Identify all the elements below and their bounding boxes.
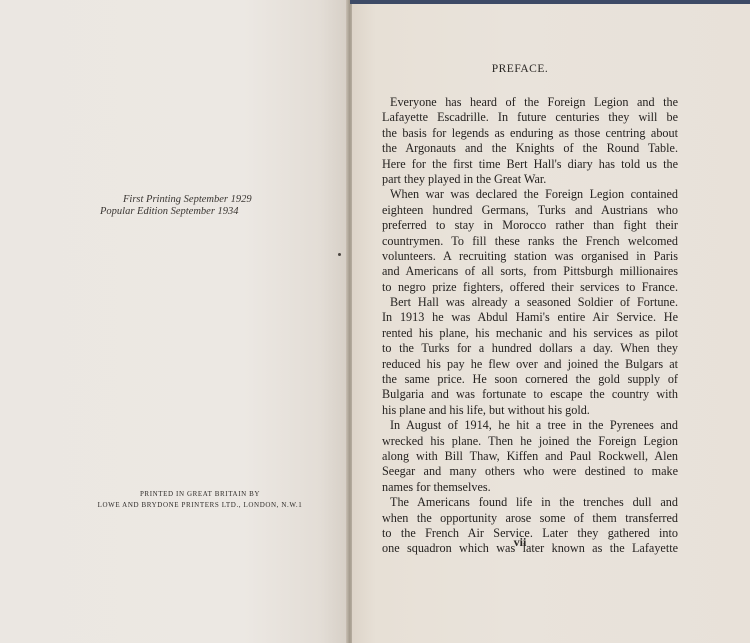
text-line: wrecked his plane. Then he joined the Fo… xyxy=(382,434,678,449)
text-line: reduced his pay he flew over and joined … xyxy=(382,357,678,372)
text-line: eighteen hundred Germans, Turks and Aust… xyxy=(382,203,678,218)
text-line: the same price. He soon cornered the gol… xyxy=(382,372,678,387)
ink-speck xyxy=(338,253,341,256)
preface-body: Everyone has heard of the Foreign Legion… xyxy=(382,95,678,557)
text-line: along with Bill Thaw, Kiffen and Paul Ro… xyxy=(382,449,678,464)
text-line: When war was declared the Foreign Legion… xyxy=(382,187,678,202)
text-line: The Americans found life in the trenches… xyxy=(382,495,678,510)
text-line: In August of 1914, he hit a tree in the … xyxy=(382,418,678,433)
text-line: to negro prize fighters, offered their s… xyxy=(382,280,678,295)
printer-imprint: PRINTED IN GREAT BRITAIN BY LOWE AND BRY… xyxy=(60,489,340,511)
book-spread: First Printing September 1929 Popular Ed… xyxy=(0,0,750,643)
text-line: countrymen. To fill these ranks the Fren… xyxy=(382,234,678,249)
text-line: to the Turks for a hundred dollars a day… xyxy=(382,341,678,356)
text-line: volunteers. A recruiting station was org… xyxy=(382,249,678,264)
text-line: Bulgaria and was fortunate to escape the… xyxy=(382,387,678,402)
text-line: names for themselves. xyxy=(382,480,678,495)
text-line: Here for the first time Bert Hall's diar… xyxy=(382,157,678,172)
text-line: Lafayette Escadrille. In future centurie… xyxy=(382,110,678,125)
text-line: In 1913 he was Abdul Hami's entire Air S… xyxy=(382,310,678,325)
show-through-text xyxy=(80,22,280,40)
page-title: PREFACE. xyxy=(370,63,670,75)
text-line: part they played in the Great War. xyxy=(382,172,678,187)
left-page: First Printing September 1929 Popular Ed… xyxy=(0,0,348,643)
printing-line-2: Popular Edition September 1934 xyxy=(100,206,300,218)
page-number: vii xyxy=(370,535,670,550)
text-line: Seegar and many others who were destined… xyxy=(382,464,678,479)
text-line: rented his plane, his mechanic and his s… xyxy=(382,326,678,341)
text-line: Everyone has heard of the Foreign Legion… xyxy=(382,95,678,110)
printing-line-1: First Printing September 1929 xyxy=(100,194,300,206)
paragraph-3: Bert Hall was already a seasoned Soldier… xyxy=(382,295,678,418)
text-line: the Argonauts and the Knights of the Rou… xyxy=(382,141,678,156)
text-line: and Americans of all sorts, from Pittsbu… xyxy=(382,264,678,279)
paragraph-1: Everyone has heard of the Foreign Legion… xyxy=(382,95,678,187)
text-line: preferred to stay in Morocco rather than… xyxy=(382,218,678,233)
imprint-line-1: PRINTED IN GREAT BRITAIN BY xyxy=(60,489,340,500)
paragraph-4: In August of 1914, he hit a tree in the … xyxy=(382,418,678,495)
printing-history: First Printing September 1929 Popular Ed… xyxy=(100,194,300,218)
imprint-line-2: LOWE AND BRYDONE PRINTERS LTD., LONDON, … xyxy=(60,500,340,511)
paragraph-2: When war was declared the Foreign Legion… xyxy=(382,187,678,295)
text-line: his plane and his life, but without his … xyxy=(382,403,678,418)
text-line: the basis for legends as enduring as tho… xyxy=(382,126,678,141)
cover-edge xyxy=(350,0,750,4)
text-line: when the opportunity arose some of them … xyxy=(382,511,678,526)
text-line: Bert Hall was already a seasoned Soldier… xyxy=(382,295,678,310)
